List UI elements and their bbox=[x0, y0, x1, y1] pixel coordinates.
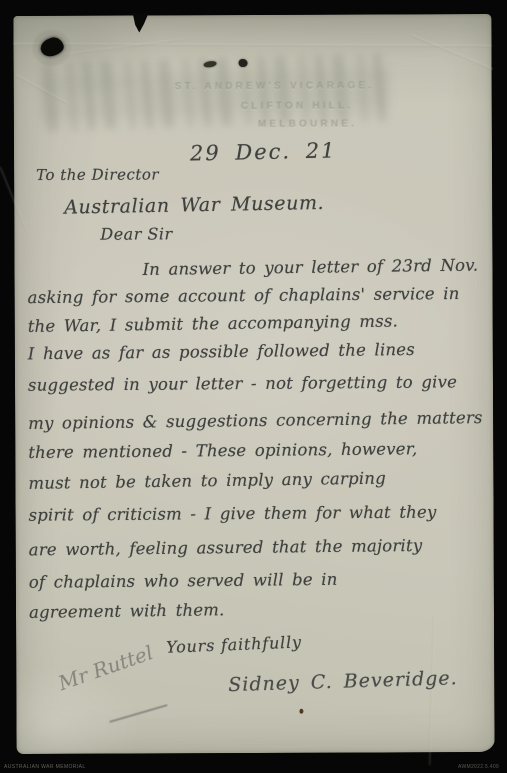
body-line: agreement with them. bbox=[29, 600, 225, 622]
body-line: spirit of criticism - I give them for wh… bbox=[28, 502, 436, 524]
ink-speck bbox=[299, 709, 303, 714]
body-line: of chaplains who served will be in bbox=[29, 570, 338, 592]
closing: Yours faithfully bbox=[166, 632, 302, 656]
pencil-annotation: Mr Ruttel bbox=[55, 640, 156, 695]
handwritten-date: 29 Dec. 21 bbox=[190, 138, 337, 165]
letterhead-line-1: ST. ANDREW'S VICARAGE. bbox=[175, 80, 375, 92]
body-line: the War, I submit the accompanying mss. bbox=[28, 311, 399, 335]
letterhead-line-3: MELBOURNE. bbox=[258, 119, 357, 130]
archive-caption-right: AWM2022.5.409 bbox=[458, 764, 499, 770]
body-line: are worth, feeling assured that the majo… bbox=[29, 536, 423, 559]
signature: Sidney C. Beveridge. bbox=[228, 667, 458, 696]
paper-crease bbox=[61, 38, 185, 56]
torn-notch bbox=[131, 13, 148, 32]
pin-hole bbox=[239, 59, 248, 67]
recipient-line: To the Director bbox=[36, 165, 159, 184]
paper-crease bbox=[428, 615, 435, 765]
letter-paper: ST. ANDREW'S VICARAGE. CLIFTON HILL. MEL… bbox=[13, 14, 494, 754]
pencil-underline bbox=[109, 704, 167, 723]
body-line: In answer to your letter of 23rd Nov. bbox=[142, 256, 478, 279]
body-line: there mentioned - These opinions, howeve… bbox=[28, 439, 417, 462]
body-line: I have as far as possible followed the l… bbox=[28, 340, 415, 363]
body-line: must not be taken to imply any carping bbox=[28, 469, 386, 493]
body-line: asking for some account of chaplains' se… bbox=[28, 284, 460, 307]
archive-caption-left: AUSTRALIAN WAR MEMORIAL bbox=[4, 764, 86, 770]
recipient-line: Australian War Museum. bbox=[64, 192, 324, 219]
paper-crease bbox=[0, 167, 27, 233]
letterhead-line-2: CLIFTON HILL. bbox=[241, 101, 354, 112]
paper-crease bbox=[14, 43, 492, 47]
salutation: Dear Sir bbox=[100, 224, 172, 243]
body-line: my opinions & suggestions concerning the… bbox=[28, 408, 483, 433]
body-line: suggested in your letter - not forgettin… bbox=[28, 372, 457, 394]
paper-crease bbox=[411, 34, 493, 70]
